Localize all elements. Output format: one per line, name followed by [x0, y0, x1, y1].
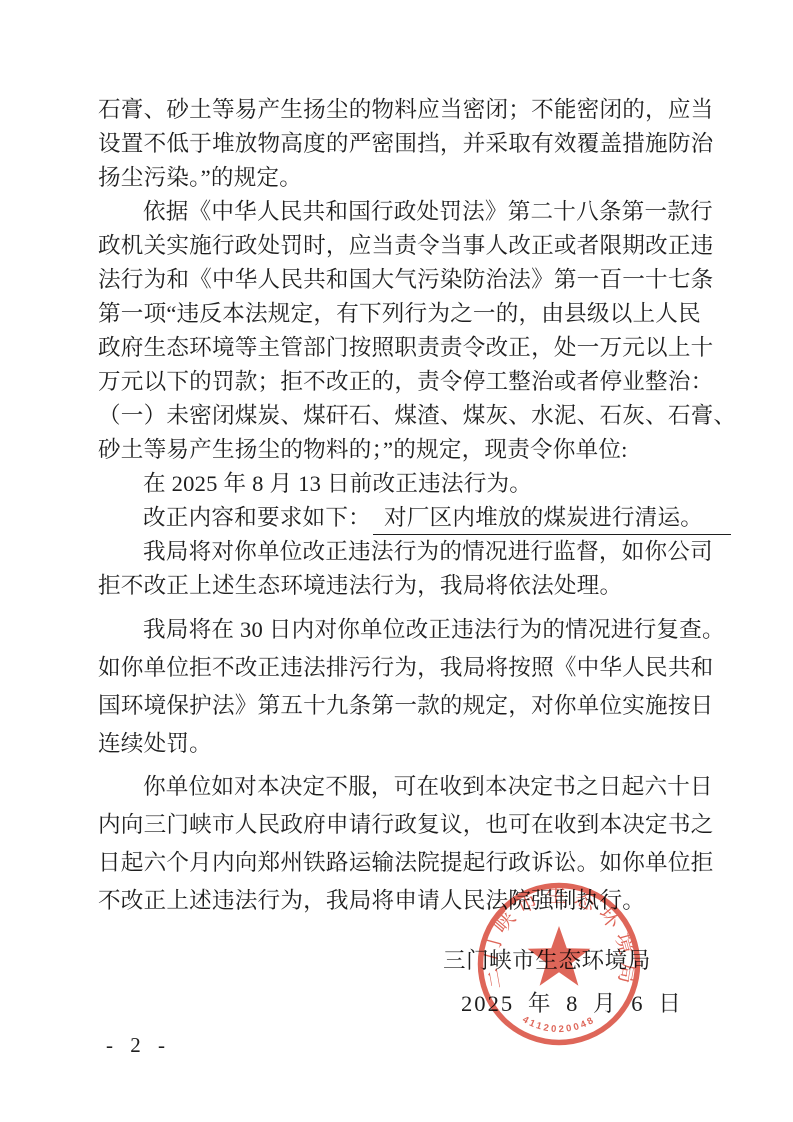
doc-line-deadline: 在 2025 年 8 月 13 日前改正违法行为。: [98, 467, 714, 501]
doc-line: 政机关实施行政处罚时，应当责令当事人改正或者限期改正违: [98, 229, 714, 263]
doc-line: 内向三门峡市人民政府申请行政复议，也可在收到本决定书之: [98, 806, 714, 844]
doc-line: 不改正上述违法行为，我局将申请人民法院强制执行。: [98, 882, 714, 920]
doc-line: 万元以下的罚款；拒不改正的，责令停工整治或者停业整治：: [98, 365, 714, 399]
doc-line: 我局将在 30 日内对你单位改正违法行为的情况进行复查。: [98, 611, 714, 649]
doc-line: 你单位如对本决定不服，可在收到本决定书之日起六十日: [98, 768, 714, 806]
doc-line: 国环境保护法》第五十九条第一款的规定，对你单位实施按日: [98, 687, 714, 725]
doc-line: 第一项“违反本法规定，有下列行为之一的，由县级以上人民: [98, 297, 714, 331]
doc-line-correction: 改正内容和要求如下：对厂区内堆放的煤炭进行清运。: [98, 501, 714, 535]
correction-content-underlined: 对厂区内堆放的煤炭进行清运。: [373, 503, 731, 535]
doc-line: 依据《中华人民共和国行政处罚法》第二十八条第一款行: [98, 195, 714, 229]
correction-label: 改正内容和要求如下：: [143, 505, 371, 530]
doc-line: 政府生态环境等主管部门按照职责责令改正，处一万元以上十: [98, 331, 714, 365]
doc-line: 我局将对你单位改正违法行为的情况进行监督，如你公司: [98, 535, 714, 569]
document-body: 石膏、砂土等易产生扬尘的物料应当密闭；不能密闭的，应当 设置不低于堆放物高度的严…: [98, 93, 714, 920]
signature-agency: 三门峡市生态环境局: [443, 944, 651, 978]
doc-line: 砂土等易产生扬尘的物料的；”的规定，现责令你单位:: [98, 433, 714, 467]
doc-line: 拒不改正上述生态环境违法行为，我局将依法处理。: [98, 569, 714, 603]
doc-line: 扬尘污染。”的规定。: [98, 161, 714, 195]
signature-date: 2025 年 8 月 6 日: [461, 987, 683, 1021]
doc-line: 设置不低于堆放物高度的严密围挡，并采取有效覆盖措施防治: [98, 127, 714, 161]
doc-line: 连续处罚。: [98, 725, 714, 763]
document-page: 石膏、砂土等易产生扬尘的物料应当密闭；不能密闭的，应当 设置不低于堆放物高度的严…: [0, 0, 793, 1122]
doc-line: 石膏、砂土等易产生扬尘的物料应当密闭；不能密闭的，应当: [98, 93, 714, 127]
doc-line: （一）未密闭煤炭、煤矸石、煤渣、煤灰、水泥、石灰、石膏、: [98, 399, 714, 433]
doc-line: 如你单位拒不改正违法排污行为，我局将按照《中华人民共和: [98, 649, 714, 687]
page-number: - 2 -: [106, 1033, 171, 1058]
doc-line: 法行为和《中华人民共和国大气污染防治法》第一百一十七条: [98, 263, 714, 297]
doc-line: 日起六个月内向郑州铁路运输法院提起行政诉讼。如你单位拒: [98, 844, 714, 882]
